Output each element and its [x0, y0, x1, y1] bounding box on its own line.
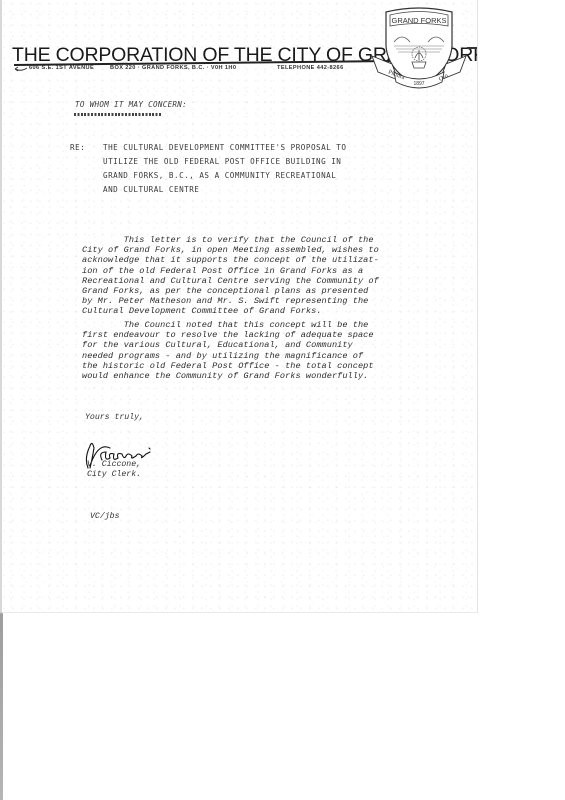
letterhead-telephone: TELEPHONE 442-8266	[277, 65, 344, 71]
svg-text:GRAND FORKS: GRAND FORKS	[391, 16, 446, 25]
re-line: AND CULTURAL CENTRE	[103, 185, 199, 194]
signer-name: V. Ciccone,	[87, 460, 141, 469]
salutation: TO WHOM IT MAY CONCERN:	[75, 100, 187, 109]
body-paragraph-2: The Council noted that this concept will…	[82, 320, 374, 381]
salutation-underline	[74, 113, 161, 116]
reference-initials: VC/jbs	[90, 512, 119, 521]
re-line: UTILIZE THE OLD FEDERAL POST OFFICE BUIL…	[103, 157, 341, 166]
svg-text:1897: 1897	[413, 81, 424, 87]
arrow-icon	[14, 66, 28, 72]
letter-page: THE CORPORATION OF THE CITY OF GRAND FOR…	[2, 0, 478, 613]
city-crest-logo: GRAND FORKS Pictura 1897 Oro	[364, 2, 474, 94]
letterhead-box: BOX 220 · GRAND FORKS, B.C. · V0H 1H0	[110, 65, 236, 71]
letterhead-address: 606 S.E. 1ST AVENUE	[29, 65, 94, 71]
re-label: RE:	[70, 143, 85, 152]
re-line: THE CULTURAL DEVELOPMENT COMMITTEE'S PRO…	[103, 143, 346, 152]
body-paragraph-1: This letter is to verify that the Counci…	[82, 235, 379, 317]
re-line: GRAND FORKS, B.C., AS A COMMUNITY RECREA…	[103, 171, 336, 180]
closing: Yours truly,	[85, 413, 144, 422]
signer-block: V. Ciccone, City Clerk.	[87, 460, 141, 480]
signer-title: City Clerk.	[87, 470, 141, 479]
